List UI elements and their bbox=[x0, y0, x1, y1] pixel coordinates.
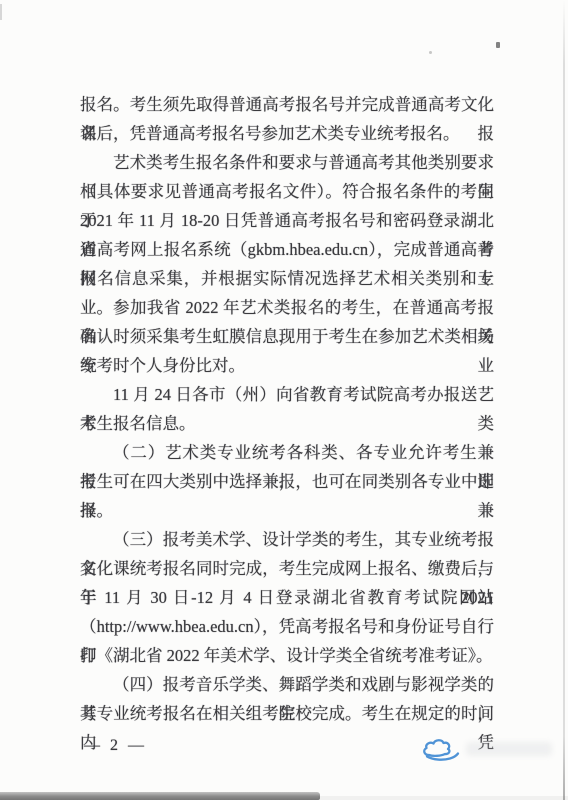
scan-watermark-smudge bbox=[466, 742, 552, 756]
page-number: — 2 — bbox=[84, 737, 147, 755]
cloud-doodle-icon bbox=[419, 734, 461, 766]
text-line: （http://www.hbea.edu.cn），凭高考报名号和身份证号自行打 bbox=[80, 612, 494, 641]
text-line: 通高考网上报名系统（gkbm.hbea.edu.cn），完成普通高考网上 bbox=[80, 235, 494, 264]
document-text-block: 报名。考生须先取得普通高考报名号并完成普通高考文化课报 名后，凭普通高考报名号参… bbox=[80, 90, 494, 728]
text-line: 2021 年 11 月 18-20 日凭普通高考报名号和密码登录湖北省普 bbox=[80, 206, 494, 235]
scan-shadow-strip bbox=[318, 796, 568, 800]
scan-speck-artifact bbox=[496, 42, 500, 48]
text-line: 报名信息采集，并根据实际情况选择艺术相关类别和专业。 bbox=[80, 264, 494, 293]
text-line: （四）报考音乐学类、舞蹈学类和戏剧与影视学类的考生， bbox=[80, 670, 494, 699]
text-line: （三）报考美术学、设计学类的考生，其专业统考报名与 bbox=[80, 525, 494, 554]
scan-shadow-bar bbox=[0, 792, 320, 800]
text-line: 其专业统考报名在相关组考院校完成。考生在规定的时间内凭 bbox=[80, 699, 494, 728]
text-line: 11 月 24 日各市（州）向省教育考试院高考办报送艺术类 bbox=[80, 380, 494, 409]
text-line: （具体要求见普通高考报名文件）。符合报名条件的考生于 bbox=[80, 177, 494, 206]
scan-edge-mark bbox=[0, 4, 2, 20]
text-line: 名后，凭普通高考报名号参加艺术类专业统考报名。 bbox=[80, 119, 494, 148]
scan-edge-line bbox=[563, 0, 565, 800]
text-line: 文化课统考报名同时完成，考生完成网上报名、缴费后，于 2021 bbox=[80, 554, 494, 583]
text-line: 报名。考生须先取得普通高考报名号并完成普通高考文化课报 bbox=[80, 90, 494, 119]
document-page: 报名。考生须先取得普通高考报名号并完成普通高考文化课报 名后，凭普通高考报名号参… bbox=[0, 0, 568, 800]
text-line: （二）艺术类专业统考各科类、各专业允许考生兼报，即 bbox=[80, 438, 494, 467]
text-line: 参加我省 2022 年艺术类报名的考生，在普通高考报名现场 bbox=[80, 293, 494, 322]
text-line: 确认时须采集考生虹膜信息，用于考生在参加艺术类相关专业 bbox=[80, 322, 494, 351]
text-line: 考生可在四大类别中选择兼报，也可在同类别各专业中选择兼 bbox=[80, 467, 494, 496]
text-line: 年 11 月 30 日-12 月 4 日登录湖北省教育考试院网站 bbox=[80, 583, 494, 612]
text-line: 印《湖北省 2022 年美术学、设计学类全省统考准考证》。 bbox=[80, 641, 494, 670]
text-line: 艺术类考生报名条件和要求与普通高考其他类别要求相同 bbox=[80, 148, 494, 177]
scan-speck-artifact bbox=[429, 51, 432, 54]
